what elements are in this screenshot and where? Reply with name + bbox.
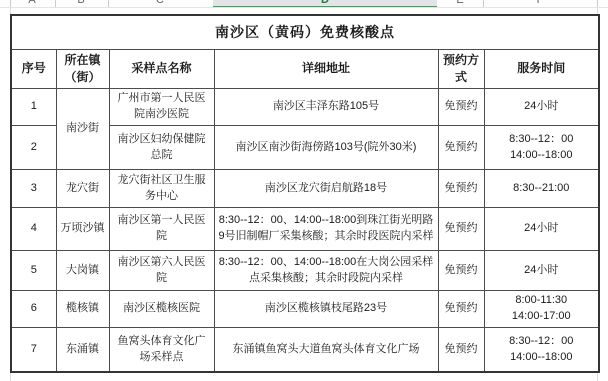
- cell-hours[interactable]: 24小时: [484, 251, 599, 291]
- cell-booking[interactable]: 免预约: [438, 208, 484, 251]
- cell-no[interactable]: 6: [11, 291, 56, 328]
- column-header-f[interactable]: F: [537, 0, 544, 6]
- cell-town[interactable]: 万顷沙镇: [56, 208, 109, 251]
- cell-address[interactable]: 8:30--12：00、14:00--18:00在大岗公园采样点采集核酸；其余时…: [214, 251, 438, 291]
- cell-address[interactable]: 南沙区丰泽东路105号: [214, 89, 438, 126]
- cell-booking[interactable]: 免预约: [438, 291, 484, 328]
- cell-hours[interactable]: 24小时: [484, 208, 599, 251]
- column-header-strip: A B C D E F: [0, 0, 608, 8]
- cell-no[interactable]: 3: [11, 170, 56, 208]
- column-header-a[interactable]: A: [28, 0, 35, 6]
- cell-address[interactable]: 8:30--12：00、14:00--18:00到珠江街光明路9号旧制帽厂采集核…: [214, 208, 438, 251]
- column-header-d-selected[interactable]: D: [213, 0, 437, 8]
- table-row: 7 东涌镇 鱼窝头体育文化广场采样点 东涌镇鱼窝头大道鱼窝头体育文化广场 免预约…: [11, 328, 599, 372]
- cell-town-merged[interactable]: 南沙街: [56, 89, 109, 170]
- cell-hours[interactable]: 8:30--21:00: [484, 170, 599, 208]
- cell-hours[interactable]: 24小时: [484, 89, 599, 126]
- table-title-cell[interactable]: 南沙区（黄码）免费核酸点: [11, 15, 599, 49]
- cell-name[interactable]: 鱼窝头体育文化广场采样点: [109, 328, 214, 372]
- cell-name[interactable]: 南沙区第六人民医院: [109, 251, 214, 291]
- cell-town[interactable]: 龙穴街: [56, 170, 109, 208]
- column-divider: [108, 0, 109, 8]
- cell-no[interactable]: 5: [11, 251, 56, 291]
- column-divider: [483, 0, 484, 8]
- table-row: 5 大岗镇 南沙区第六人民医院 8:30--12：00、14:00--18:00…: [11, 251, 599, 291]
- column-header-c[interactable]: C: [156, 0, 164, 6]
- cell-address[interactable]: 南沙区南沙街海傍路103号(院外30米): [214, 126, 438, 170]
- header-town[interactable]: 所在镇 （街）: [56, 49, 109, 89]
- cell-no[interactable]: 1: [11, 89, 56, 126]
- cell-name[interactable]: 广州市第一人民医院南沙医院: [109, 89, 214, 126]
- cell-hours[interactable]: 8:00-11:30 14:00-17:00: [484, 291, 599, 328]
- cell-town[interactable]: 东涌镇: [56, 328, 109, 372]
- table-row: 1 南沙街 广州市第一人民医院南沙医院 南沙区丰泽东路105号 免预约 24小时: [11, 89, 599, 126]
- cell-name[interactable]: 龙穴街社区卫生服务中心: [109, 170, 214, 208]
- cell-address[interactable]: 南沙区榄核镇枝尾路23号: [214, 291, 438, 328]
- cell-town[interactable]: 大岗镇: [56, 251, 109, 291]
- cell-name[interactable]: 南沙区第一人民医院: [109, 208, 214, 251]
- column-divider: [55, 0, 56, 8]
- cell-no[interactable]: 2: [11, 126, 56, 170]
- column-divider: [597, 0, 598, 8]
- cell-no[interactable]: 4: [11, 208, 56, 251]
- header-address[interactable]: 详细地址: [214, 49, 438, 89]
- cell-booking[interactable]: 免预约: [438, 126, 484, 170]
- cell-no[interactable]: 7: [11, 328, 56, 372]
- cell-hours[interactable]: 8:30--12：00 14:00--18:00: [484, 328, 599, 372]
- cell-town[interactable]: 榄核镇: [56, 291, 109, 328]
- cell-booking[interactable]: 免预约: [438, 251, 484, 291]
- header-booking[interactable]: 预约方式: [438, 49, 484, 89]
- table-row: 4 万顷沙镇 南沙区第一人民医院 8:30--12：00、14:00--18:0…: [11, 208, 599, 251]
- table-row: 6 榄核镇 南沙区榄核医院 南沙区榄核镇枝尾路23号 免预约 8:00-11:3…: [11, 291, 599, 328]
- table-row: 3 龙穴街 龙穴街社区卫生服务中心 南沙区龙穴街启航路18号 免预约 8:30-…: [11, 170, 599, 208]
- cell-address[interactable]: 南沙区龙穴街启航路18号: [214, 170, 438, 208]
- cell-name[interactable]: 南沙区妇幼保健院总院: [109, 126, 214, 170]
- cell-booking[interactable]: 免预约: [438, 170, 484, 208]
- header-hours[interactable]: 服务时间: [484, 49, 599, 89]
- cell-address[interactable]: 东涌镇鱼窝头大道鱼窝头体育文化广场: [214, 328, 438, 372]
- cell-hours[interactable]: 8:30--12：00 14:00--18:00: [484, 126, 599, 170]
- spreadsheet-page: A B C D E F 南沙区（黄码）免费核酸点 序号 所在镇 （街） 采样点名…: [0, 0, 608, 381]
- column-header-e[interactable]: E: [456, 0, 463, 6]
- column-divider: [10, 0, 11, 8]
- column-header-d-label: D: [321, 0, 329, 6]
- header-name[interactable]: 采样点名称: [109, 49, 214, 89]
- cell-booking[interactable]: 免预约: [438, 328, 484, 372]
- column-header-b[interactable]: B: [77, 0, 84, 6]
- testing-points-table: 南沙区（黄码）免费核酸点 序号 所在镇 （街） 采样点名称 详细地址 预约方式 …: [10, 14, 600, 373]
- header-no[interactable]: 序号: [11, 49, 56, 89]
- cell-name[interactable]: 南沙区榄核医院: [109, 291, 214, 328]
- cell-booking[interactable]: 免预约: [438, 89, 484, 126]
